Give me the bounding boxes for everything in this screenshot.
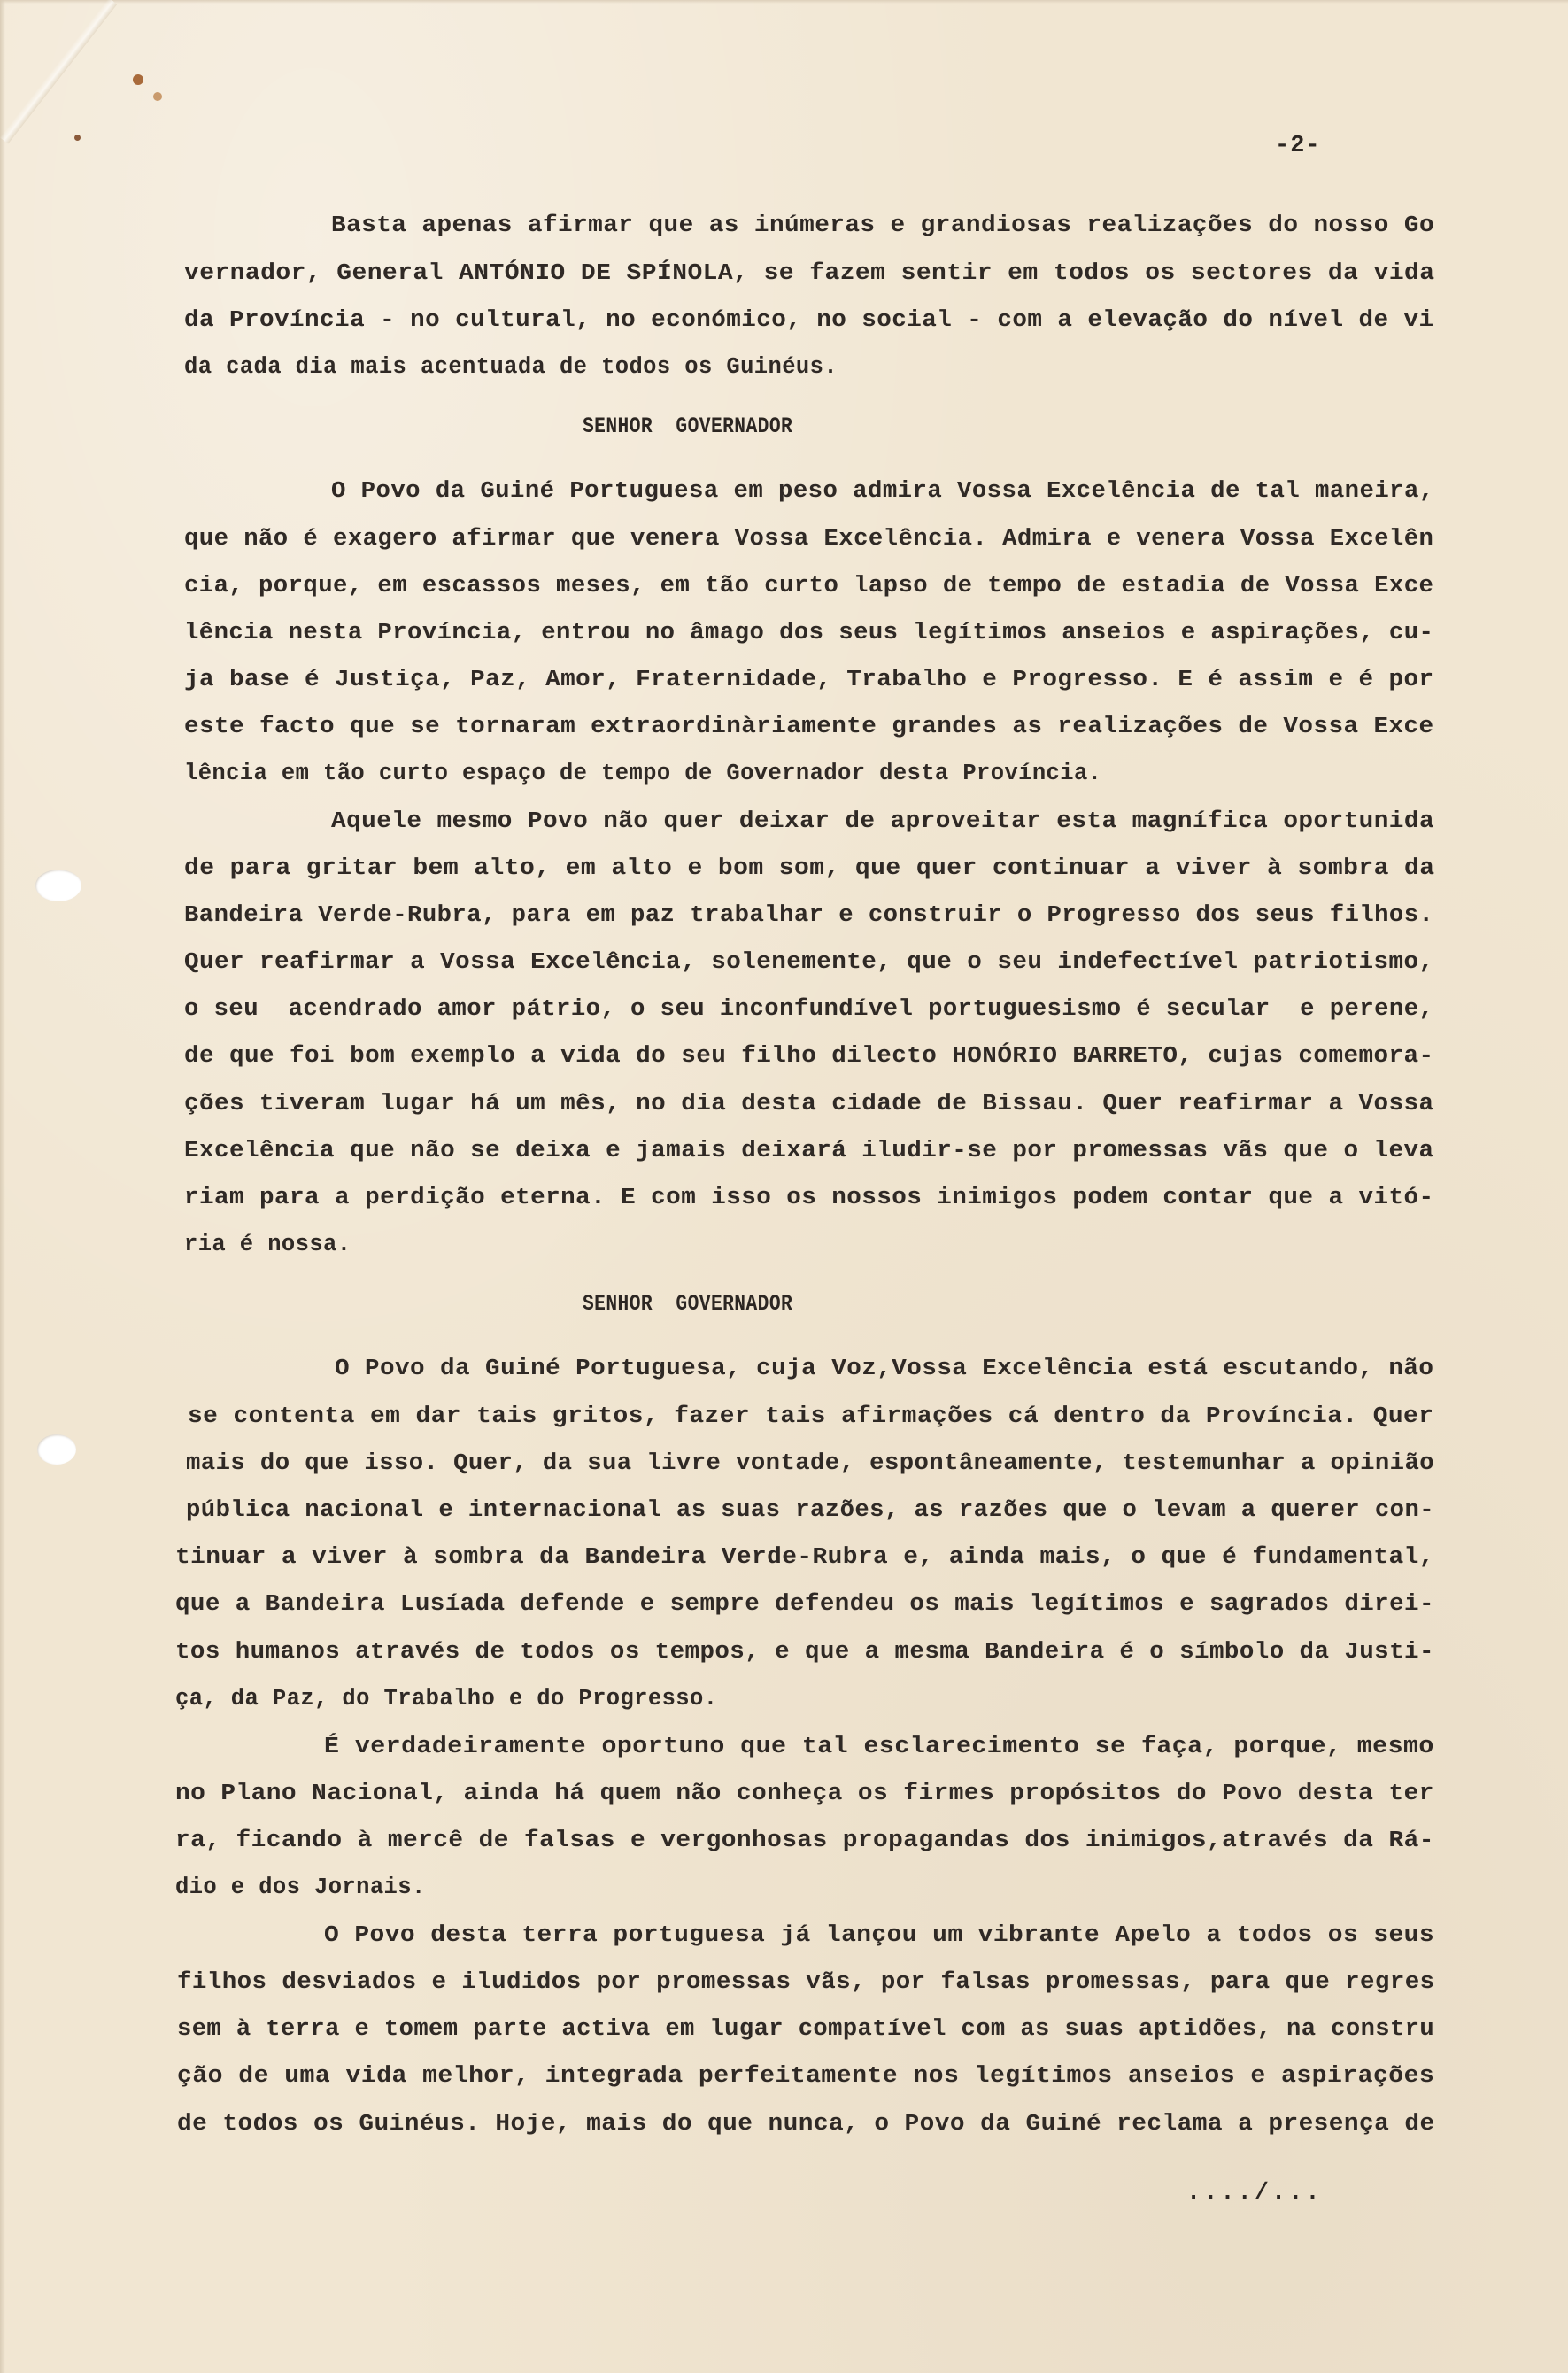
text-line: o seu acendrado amor pátrio, o seu incon…: [184, 996, 1433, 1022]
punch-hole-top: [35, 870, 81, 901]
text-line: ça, da Paz, do Trabalho e do Progresso.: [175, 1686, 717, 1712]
text-line: lência em tão curto espaço de tempo de G…: [184, 761, 1101, 786]
rust-stain: [133, 74, 143, 85]
text-line: vernador, General ANTÓNIO DE SPÍNOLA, se…: [184, 260, 1435, 286]
text-line: ja base é Justiça, Paz, Amor, Fraternida…: [184, 667, 1433, 692]
text-line: de todos os Guinéus. Hoje, mais do que n…: [177, 2111, 1435, 2137]
page-number: -2-: [1275, 133, 1321, 159]
text-line: ra, ficando à mercê de falsas e vergonho…: [175, 1828, 1434, 1853]
text-line: É verdadeiramente oportuno que tal escla…: [324, 1734, 1434, 1759]
text-line: ção de uma vida melhor, integrada perfei…: [177, 2063, 1434, 2089]
text-line: filhos desviados e iludidos por promessa…: [177, 1969, 1435, 1995]
page-left-edge: [0, 0, 5, 2373]
section-heading: SENHOR GOVERNADOR: [583, 1291, 792, 1317]
text-line: O Povo da Guiné Portuguesa em peso admir…: [331, 478, 1434, 504]
text-line: Quer reafirmar a Vossa Excelência, solen…: [184, 949, 1433, 975]
rust-stain: [74, 135, 81, 141]
text-line: cia, porque, em escassos meses, em tão c…: [184, 573, 1433, 599]
text-line: se contenta em dar tais gritos, fazer ta…: [188, 1403, 1433, 1429]
text-line: O Povo desta terra portuguesa já lançou …: [324, 1922, 1434, 1948]
text-line: Bandeira Verde-Rubra, para em paz trabal…: [184, 902, 1433, 928]
text-line: Excelência que não se deixa e jamais dei…: [184, 1138, 1433, 1163]
text-line: tinuar a viver à sombra da Bandeira Verd…: [175, 1544, 1434, 1570]
text-line: de para gritar bem alto, em alto e bom s…: [184, 855, 1435, 881]
page-top-edge: [0, 0, 1568, 4]
text-line: tos humanos através de todos os tempos, …: [175, 1639, 1434, 1665]
text-line: este facto que se tornaram extraordinàri…: [184, 714, 1433, 739]
continuation-mark: ..../...: [1186, 2180, 1323, 2207]
paper-crease: [0, 0, 117, 143]
text-line: que não é exagero afirmar que venera Vos…: [184, 526, 1433, 552]
section-heading: SENHOR GOVERNADOR: [583, 414, 792, 439]
text-line: ria é nossa.: [184, 1232, 351, 1257]
text-line: pública nacional e internacional as suas…: [186, 1497, 1434, 1523]
text-line: riam para a perdição eterna. E com isso …: [184, 1185, 1433, 1210]
text-line: no Plano Nacional, ainda há quem não con…: [175, 1781, 1434, 1806]
text-line: dio e dos Jornais.: [175, 1874, 426, 1900]
text-line: lência nesta Província, entrou no âmago …: [184, 620, 1433, 645]
text-line: de que foi bom exemplo a vida do seu fil…: [184, 1043, 1433, 1069]
text-line: Aquele mesmo Povo não quer deixar de apr…: [331, 808, 1434, 834]
punch-hole-bottom: [37, 1434, 76, 1465]
text-line: ções tiveram lugar há um mês, no dia des…: [184, 1091, 1433, 1117]
rust-stain: [153, 92, 162, 101]
text-line: da cada dia mais acentuada de todos os G…: [184, 354, 838, 380]
text-line: Basta apenas afirmar que as inúmeras e g…: [331, 213, 1434, 238]
text-line: da Província - no cultural, no económico…: [184, 307, 1433, 333]
text-line: O Povo da Guiné Portuguesa, cuja Voz,Vos…: [335, 1356, 1433, 1381]
text-line: mais do que isso. Quer, da sua livre von…: [186, 1450, 1434, 1476]
text-line: sem à terra e tomem parte activa em luga…: [177, 2016, 1434, 2042]
text-line: que a Bandeira Lusíada defende e sempre …: [175, 1591, 1434, 1617]
